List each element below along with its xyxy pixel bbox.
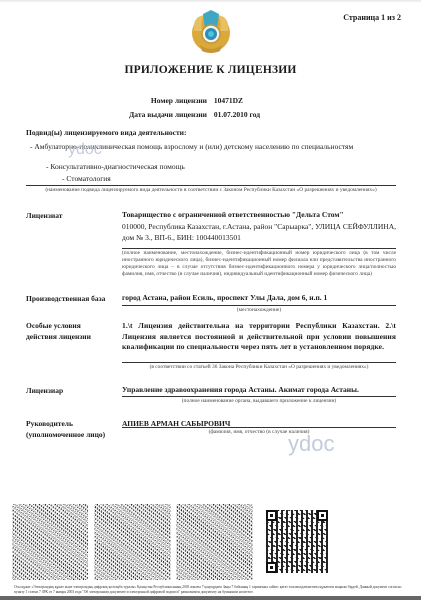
special-conditions-label-line2: действия лицензии [26, 331, 91, 342]
license-number-row: Номер лицензии 10471DZ [0, 96, 421, 105]
production-base-caption: (местонахождение) [122, 307, 396, 314]
subtypes-caption: (наименование подвида лицензируемого вид… [22, 187, 400, 194]
licensor-value: Управление здравоохранения города Астаны… [122, 385, 396, 396]
bottom-edge [0, 596, 421, 600]
subtype-item: - Стоматология [62, 174, 111, 183]
licensee-caption: (полное наименование, местонахождение, б… [122, 250, 396, 278]
barcode-3 [176, 504, 253, 580]
page-indicator: Страница 1 из 2 [343, 13, 401, 22]
head-label-line1: Руководитель [26, 418, 105, 429]
licensor-caption: (полное наименование органа, выдавшего п… [122, 398, 396, 405]
qr-finder-icon [266, 510, 277, 521]
barcode-2 [94, 504, 171, 580]
qr-finder-icon [266, 562, 277, 573]
production-base-label: Производственная база [26, 293, 105, 304]
special-conditions-label-line1: Особые условия [26, 320, 91, 331]
document-title: ПРИЛОЖЕНИЕ К ЛИЦЕНЗИИ [0, 64, 421, 76]
licensee-label: Лицензиат [26, 210, 62, 221]
watermark: ydoc [288, 431, 334, 457]
watermark: ydoc [68, 141, 102, 159]
issue-date-label: Дата выдачи лицензии [0, 110, 207, 119]
special-conditions-caption: (в соответствии со статьей 36 Закона Рес… [122, 364, 396, 371]
licensee-address: 010000, Республика Казахстан, г.Астана, … [122, 222, 396, 243]
divider [122, 248, 396, 249]
qr-finder-icon [317, 510, 328, 521]
head-label-line2: (уполномоченное лицо) [26, 429, 105, 440]
subtype-item: - Консультативно-диагностическая помощь [46, 162, 185, 171]
head-label: Руководитель (уполномоченное лицо) [26, 418, 105, 440]
production-base-value: город Астана, район Есиль, проспект Улы … [122, 293, 396, 304]
barcode-1 [12, 504, 88, 580]
top-edge-shadow [0, 0, 421, 3]
license-number-value: 10471DZ [214, 96, 243, 105]
special-conditions-value: 1.\t Лицензия действительна на территори… [122, 321, 396, 353]
head-caption: (фамилия, имя, отчество (в случае наличи… [122, 429, 396, 436]
divider [122, 362, 396, 363]
divider [26, 185, 396, 186]
licensor-label: Лицензиар [26, 385, 63, 396]
legal-footer: Осы құжат «Электрондық құжат және электр… [14, 585, 409, 595]
issue-date-value: 01.07.2010 год [214, 110, 260, 119]
licensee-name: Товарищество с ограниченной ответственно… [122, 210, 396, 221]
qr-code [266, 510, 328, 573]
subtypes-heading: Подвид(ы) лицензируемого вида деятельнос… [26, 128, 186, 137]
license-number-label: Номер лицензии [0, 96, 207, 105]
divider [122, 396, 396, 397]
divider [122, 305, 396, 306]
special-conditions-label: Особые условия действия лицензии [26, 320, 91, 342]
issue-date-row: Дата выдачи лицензии 01.07.2010 год [0, 110, 421, 119]
state-emblem-icon [190, 9, 232, 55]
divider [122, 427, 396, 428]
